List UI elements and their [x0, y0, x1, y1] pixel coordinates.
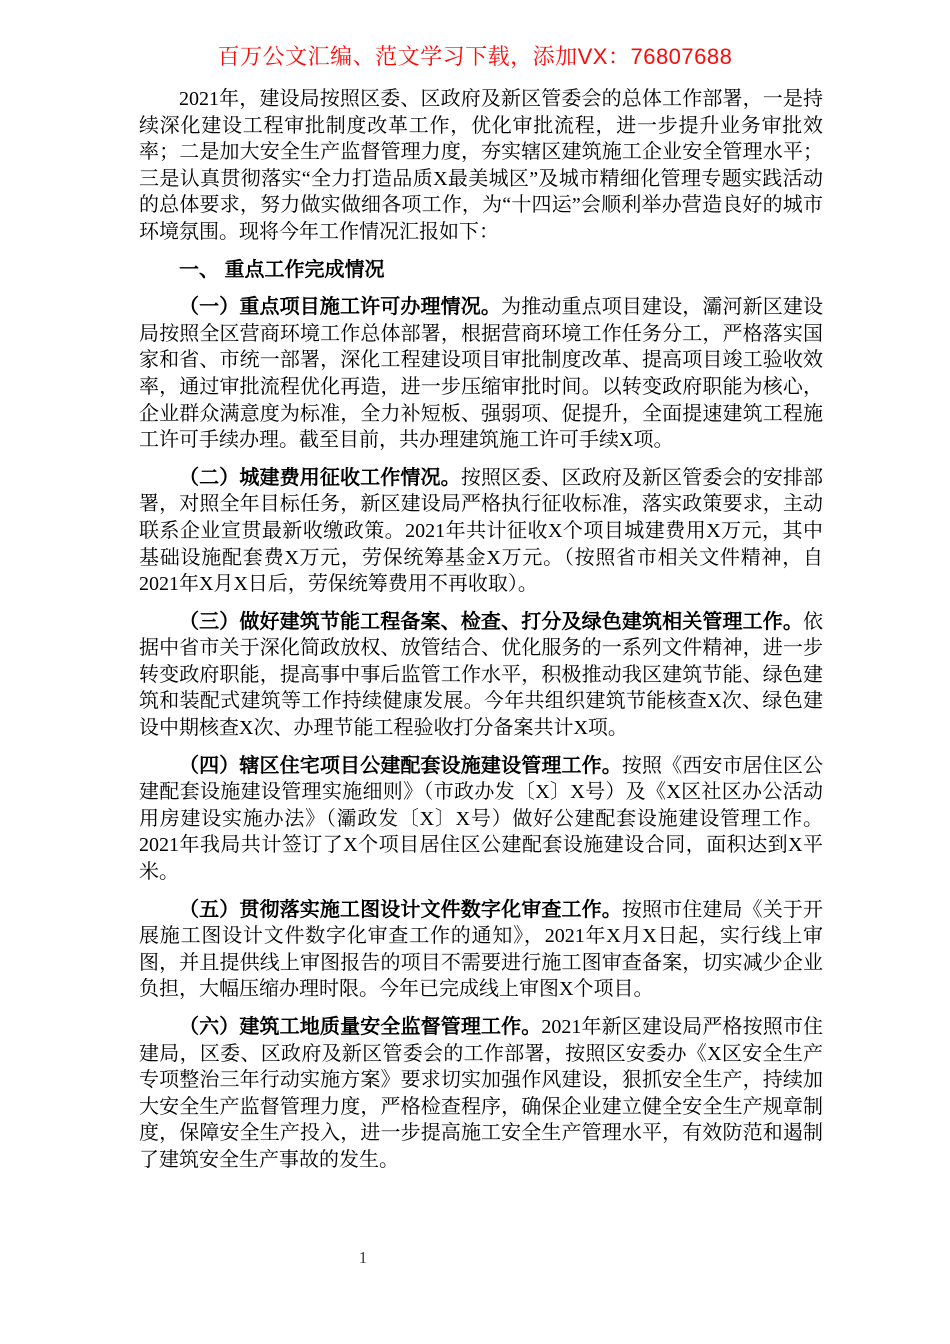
- subsection-paragraph-2: （二）城建费用征收工作情况。按照区委、区政府及新区管委会的安排部署，对照全年目标…: [139, 465, 823, 598]
- subsection-lead-1: （一）重点项目施工许可办理情况。: [179, 296, 501, 318]
- subsection-body-1: 为推动重点项目建设，灞河新区建设局按照全区营商环境工作总体部署，根据营商环境工作…: [139, 296, 823, 451]
- subsection-lead-4: （四）辖区住宅项目公建配套设施建设管理工作。: [179, 755, 622, 777]
- page-number: 1: [351, 1248, 375, 1268]
- promo-banner: 百万公文汇编、范文学习下载，添加VX：76807688: [0, 43, 950, 71]
- section-heading: 一、 重点工作完成情况: [139, 257, 823, 284]
- subsection-paragraph-5: （五）贯彻落实施工图设计文件数字化审查工作。按照市住建局《关于开展施工图设计文件…: [139, 897, 823, 1003]
- document-page: 百万公文汇编、范文学习下载，添加VX：76807688 2021年，建设局按照区…: [0, 0, 950, 1344]
- subsection-body-6: 2021年新区建设局严格按照市住建局，区委、区政府及新区管委会的工作部署，按照区…: [139, 1016, 823, 1171]
- subsection-lead-3: （三）做好建筑节能工程备案、检查、打分及绿色建筑相关管理工作。: [179, 611, 803, 633]
- document-body: 2021年，建设局按照区委、区政府及新区管委会的总体工作部署，一是持续深化建设工…: [139, 86, 823, 1185]
- subsection-lead-2: （二）城建费用征收工作情况。: [179, 467, 461, 489]
- subsection-paragraph-3: （三）做好建筑节能工程备案、检查、打分及绿色建筑相关管理工作。依据中省市关于深化…: [139, 609, 823, 742]
- subsection-lead-5: （五）贯彻落实施工图设计文件数字化审查工作。: [179, 899, 622, 921]
- subsection-paragraph-6: （六）建筑工地质量安全监督管理工作。2021年新区建设局严格按照市住建局，区委、…: [139, 1014, 823, 1174]
- intro-paragraph: 2021年，建设局按照区委、区政府及新区管委会的总体工作部署，一是持续深化建设工…: [139, 86, 823, 246]
- subsection-paragraph-4: （四）辖区住宅项目公建配套设施建设管理工作。按照《西安市居住区公建配套设施建设管…: [139, 753, 823, 886]
- subsection-lead-6: （六）建筑工地质量安全监督管理工作。: [179, 1016, 541, 1038]
- subsection-paragraph-1: （一）重点项目施工许可办理情况。为推动重点项目建设，灞河新区建设局按照全区营商环…: [139, 294, 823, 454]
